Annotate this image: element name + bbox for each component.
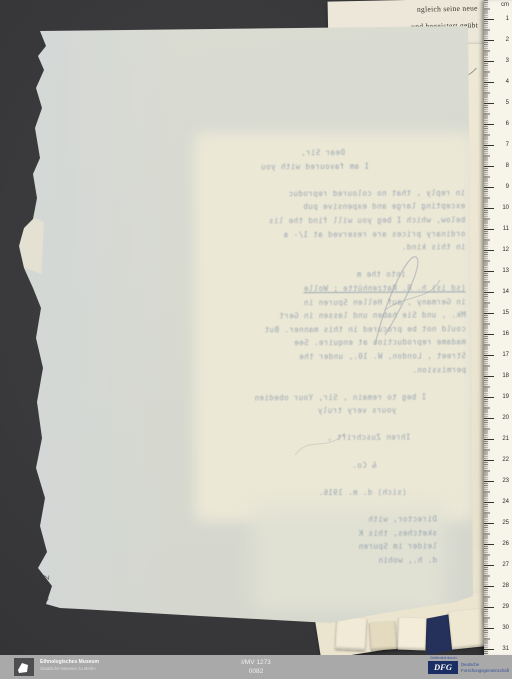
ruler-cm-tick — [484, 271, 494, 272]
ruler-number: 10 — [502, 204, 509, 212]
ruler-number: 13 — [502, 267, 509, 275]
ruler-number: 25 — [502, 519, 509, 527]
ruler-number: 2 — [506, 36, 509, 44]
ruler-cm-tick — [484, 124, 494, 125]
pencil-page-number: 6612 — [41, 556, 57, 602]
ruler-number: 28 — [502, 582, 509, 590]
ruler-number: 9 — [506, 183, 509, 191]
ruler-cm-tick — [484, 607, 494, 608]
ruler-number: 15 — [502, 309, 509, 317]
ruler-cm-tick — [484, 439, 494, 440]
ruler-number: 8 — [506, 162, 509, 170]
ghost-letter-line: yours very truly — [202, 406, 396, 421]
ruler-number: 27 — [502, 561, 509, 569]
ghost-letter-line: permission. — [202, 365, 466, 380]
torn-edge-flap — [18, 216, 44, 274]
dfg-name-line2: Forschungsgemeinschaft — [461, 668, 509, 674]
ruler-number: 14 — [502, 288, 509, 296]
ghost-letter-line: excepting large and expensive pub — [201, 202, 465, 217]
ruler-cm-tick — [484, 61, 494, 62]
ruler-cm-tick — [484, 229, 494, 230]
ghost-letter-line: d. h., wohin — [203, 555, 437, 570]
paper-tab — [397, 618, 426, 651]
ruler-cm-tick — [484, 460, 494, 461]
ruler-number: 16 — [502, 330, 509, 338]
ruler-number: 30 — [502, 624, 509, 632]
ruler-number: 19 — [502, 393, 509, 401]
ghost-letter-line — [201, 174, 465, 189]
ghost-letter-line: leider im Spuren — [203, 542, 437, 557]
ruler-cm-tick — [484, 649, 494, 650]
ruler-cm-tick — [484, 166, 494, 167]
ruler-cm-tick — [484, 145, 494, 146]
ghost-letter-line: Dear Sir, — [201, 148, 345, 162]
pencil-flourish — [355, 240, 455, 350]
ruler-cm-tick — [484, 376, 494, 377]
ruler-cm-tick — [484, 250, 494, 251]
ghost-letter-line: I am favoured with you — [201, 161, 369, 175]
ruler-number: 1 — [506, 15, 509, 23]
ruler-cm-tick — [484, 40, 494, 41]
ruler-cm-tick — [484, 418, 494, 419]
ruler-cm-tick — [484, 523, 494, 524]
ruler-cm-tick — [484, 565, 494, 566]
ghost-letter-line: sketches, this K — [203, 528, 437, 543]
ruler-cm-tick — [484, 397, 494, 398]
paper-tab — [369, 621, 397, 651]
ruler-number: 21 — [502, 435, 509, 443]
ruler-number: 22 — [502, 456, 509, 464]
ghost-letter-line — [203, 474, 467, 489]
ghost-letter-line: Street , London, W. 10., under the — [202, 351, 466, 366]
ruler-number: 11 — [503, 225, 509, 233]
ruler-cm-tick — [484, 292, 494, 293]
footer-bar: Ethnologisches Museum Staatliche Museen … — [0, 655, 512, 679]
ruler-number: 31 — [502, 645, 509, 653]
ruler-number: 18 — [502, 372, 509, 380]
tracing-paper-sheet: Dear Sir,I am favoured with youin reply … — [0, 0, 512, 679]
ruler-number: 4 — [506, 78, 509, 86]
ghost-letter-line: in reply , that no coloured reproduc — [201, 188, 465, 203]
printed-text-line: ngleich seine neue — [328, 2, 486, 16]
ruler-number: 7 — [506, 141, 509, 149]
ruler-number: 24 — [502, 498, 509, 506]
ruler-number: 26 — [502, 540, 509, 548]
ruler-unit-label: cm — [501, 2, 509, 8]
archive-scan-photo: ngleich seine neueund begeistert geübtst… — [0, 0, 512, 679]
ruler-cm-tick — [484, 334, 494, 335]
ruler-cm-tick — [484, 19, 494, 20]
ruler-number: 12 — [502, 246, 509, 254]
ghost-letter: Dear Sir,I am favoured with youin reply … — [201, 147, 467, 570]
ghost-letter-line — [202, 378, 466, 393]
ruler-cm-tick — [484, 544, 494, 545]
ruler-cm-tick — [484, 481, 494, 482]
ruler-cm-tick — [484, 103, 494, 104]
dfg-logo-icon: DFG — [428, 661, 458, 674]
paper-tab — [335, 617, 367, 651]
ruler-number: 3 — [506, 57, 509, 65]
ruler-cm-tick — [484, 586, 494, 587]
ruler-cm-tick — [484, 628, 494, 629]
ghost-letter-line: (sich) d. m. 1916. — [203, 487, 407, 502]
ruler-cm-tick — [484, 208, 494, 209]
dfg-name: Deutsche Forschungsgemeinschaft — [461, 662, 509, 673]
ruler-cm-tick — [484, 82, 494, 83]
ruler-cm-tick — [484, 187, 494, 188]
ghost-letter-line: I beg to remain , Sir, Your obedien — [202, 392, 426, 407]
ruler: cm 1234567891011121314151617181920212223… — [484, 0, 512, 656]
ruler-number: 6 — [506, 120, 509, 128]
ruler-number: 23 — [502, 477, 509, 485]
ruler-number: 29 — [502, 603, 509, 611]
ghost-letter-line: Director, with — [203, 514, 437, 529]
sheet-shading — [0, 25, 170, 665]
ruler-halfcm-ticks — [484, 0, 490, 654]
ruler-number: 20 — [502, 414, 509, 422]
ghost-letter-line — [203, 501, 467, 516]
pencil-mark — [290, 425, 350, 465]
ghost-letter-line: below, which I beg you will find the lis — [201, 215, 465, 230]
ruler-number: 17 — [502, 351, 509, 359]
ruler-cm-tick — [484, 313, 494, 314]
dfg-logo-block: Gefördert durch DFG Deutsche Forschungsg… — [428, 656, 509, 674]
ruler-cm-tick — [484, 355, 494, 356]
paper-tab — [448, 608, 486, 649]
ruler-cm-tick — [484, 502, 494, 503]
ruler-number: 5 — [506, 99, 509, 107]
